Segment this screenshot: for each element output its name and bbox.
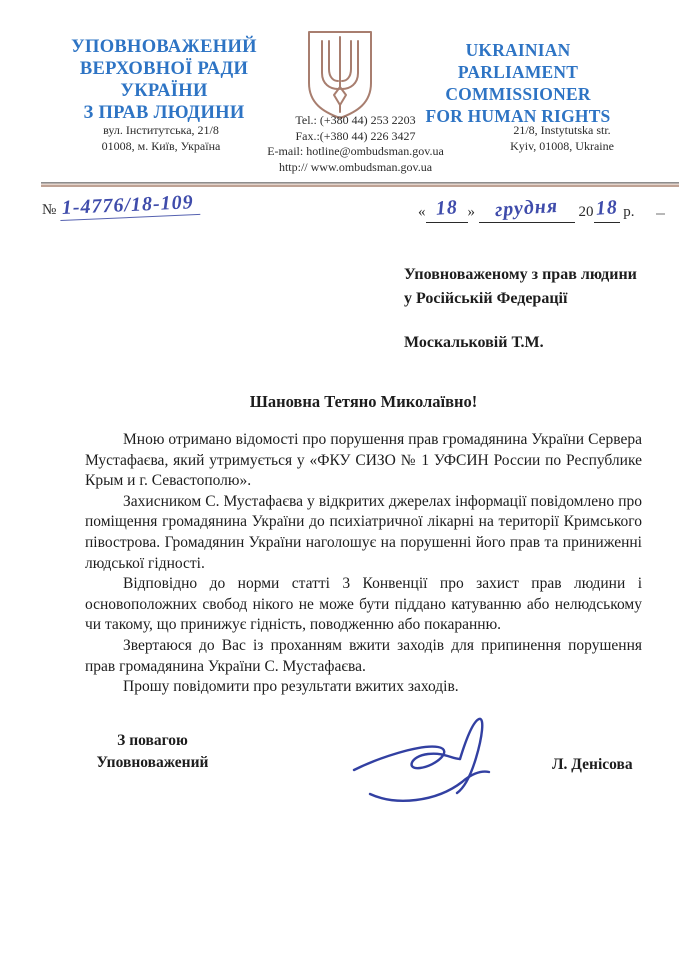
recipient-line2: у Російській Федерації: [404, 287, 664, 311]
org-title-ukrainian: УПОВНОВАЖЕНИЙ ВЕРХОВНОЇ РАДИ УКРАЇНИ З П…: [38, 36, 290, 124]
date-year-handwritten: 18: [595, 196, 619, 220]
signer-name: Л. Денісова: [552, 756, 662, 774]
org-title-ua-line2: ВЕРХОВНОЇ РАДИ УКРАЇНИ: [38, 58, 290, 102]
recipient-line1: Уповноваженому з прав людини: [404, 263, 664, 287]
reference-number-line: № 1-4776/18-109: [42, 197, 200, 221]
body-paragraph-2: Захисником С. Мустафаєва у відкритих дже…: [85, 492, 642, 574]
date-month-blank: грудня: [479, 199, 575, 223]
letter-body: Мною отримано відомості про порушення пр…: [85, 430, 642, 698]
salutation: Шановна Тетяно Миколаївно!: [85, 392, 642, 412]
phone-number: Tel.: (+380 44) 253 2203: [248, 113, 463, 129]
ukraine-trident-emblem-icon: [301, 27, 379, 123]
date-day-handwritten: 18: [435, 196, 459, 220]
recipient-name: Москальковій Т.М.: [404, 331, 664, 355]
contact-details: Tel.: (+380 44) 253 2203 Fax.:(+380 44) …: [248, 113, 463, 175]
website-url: http:// www.ombudsman.gov.ua: [248, 160, 463, 176]
closing-regards: З повагою: [90, 730, 215, 752]
address-english: 21/8, Instytutska str. Kyiv, 01008, Ukra…: [472, 122, 652, 154]
body-paragraph-5: Прошу повідомити про результати вжитих з…: [85, 677, 642, 698]
date-century-printed: 20: [579, 204, 594, 220]
body-paragraph-3: Відповідно до норми статті 3 Конвенції п…: [85, 574, 642, 636]
close-quote: »: [468, 204, 476, 220]
org-title-ua-line1: УПОВНОВАЖЕНИЙ: [38, 36, 290, 58]
date-day-blank: 18: [426, 199, 468, 223]
org-title-en-line1: UKRAINIAN: [388, 39, 648, 61]
date-year-blank: 18: [594, 199, 620, 223]
address-en-line1: 21/8, Instytutska str.: [472, 122, 652, 138]
address-ukrainian: вул. Інститутська, 21/8 01008, м. Київ, …: [66, 122, 256, 154]
header-divider-rule: [41, 182, 679, 187]
scan-artifact-mark: [656, 213, 665, 215]
email-address: E-mail: hotline@ombudsman.gov.ua: [248, 144, 463, 160]
closing-block: З повагою Уповноважений: [90, 730, 215, 774]
fax-number: Fax.:(+380 44) 226 3427: [248, 129, 463, 145]
address-ua-line2: 01008, м. Київ, Україна: [66, 138, 256, 154]
date-line: «18» грудня 2018 р.: [418, 199, 635, 223]
letter-page: УПОВНОВАЖЕНИЙ ВЕРХОВНОЇ РАДИ УКРАЇНИ З П…: [0, 0, 679, 960]
open-quote: «: [418, 204, 426, 220]
handwritten-signature: [348, 712, 518, 822]
body-paragraph-1: Мною отримано відомості про порушення пр…: [85, 430, 642, 492]
org-title-en-line2: PARLIAMENT COMMISSIONER: [388, 61, 648, 105]
recipient-block: Уповноваженому з прав людини у Російські…: [404, 263, 664, 355]
reference-number-handwritten: 1-4776/18-109: [59, 191, 200, 221]
address-en-line2: Kyiv, 01008, Ukraine: [472, 138, 652, 154]
date-month-handwritten: грудня: [494, 195, 559, 222]
date-year-suffix: р.: [623, 204, 634, 220]
body-paragraph-4: Звертаюся до Вас із проханням вжити захо…: [85, 636, 642, 677]
number-sign-label: №: [42, 202, 56, 218]
address-ua-line1: вул. Інститутська, 21/8: [66, 122, 256, 138]
closing-title: Уповноважений: [90, 752, 215, 774]
